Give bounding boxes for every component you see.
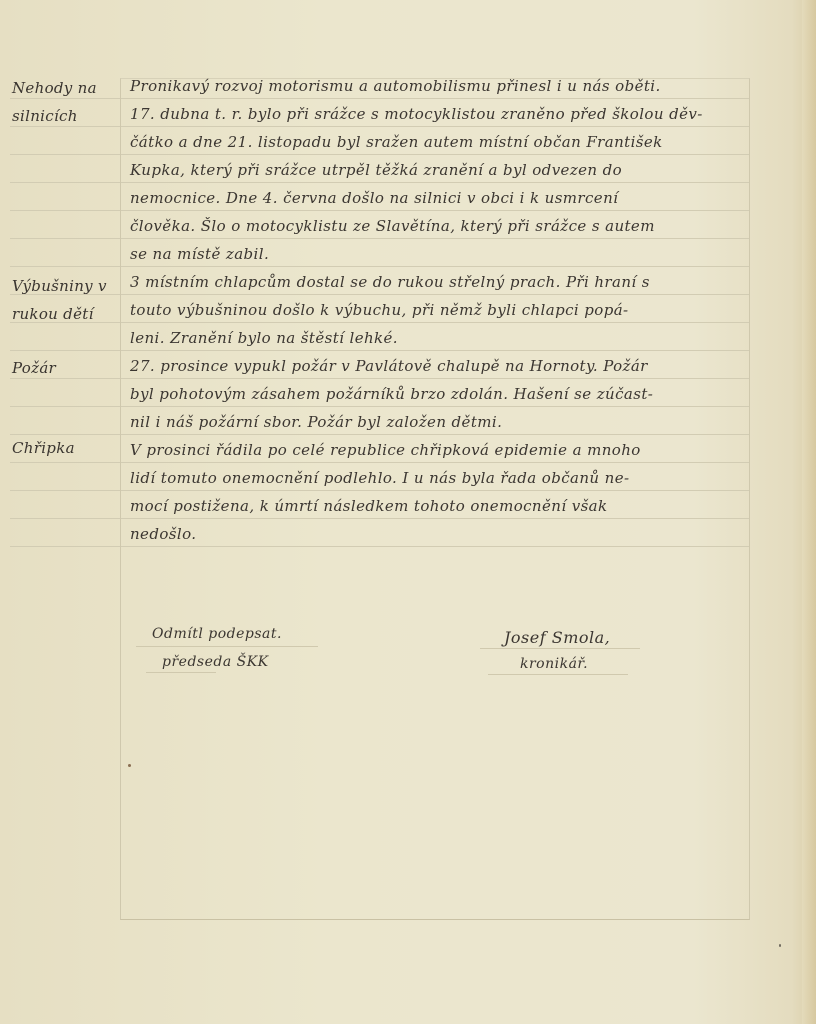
body-line: se na místě zabil. [130,244,750,264]
body-line: člověka. Šlo o motocyklistu ze Slavětína… [130,216,750,236]
margin-heading-accidents: Nehody na [12,78,124,98]
heading-line: Požár [12,358,124,378]
heading-line: silnicích [12,106,124,126]
body-line: nedošlo. [130,524,750,544]
body-line: 27. prosince vypukl požár v Pavlátově ch… [130,356,750,376]
body-line: Pronikavý rozvoj motorismu a automobilis… [130,76,750,96]
body-line: nil i náš požární sbor. Požár byl založe… [130,412,750,432]
signature-left-note: Odmítl podepsat. [152,626,282,642]
heading-line: rukou dětí [12,304,124,324]
body-line: Kupka, který při srážce utrpěl těžká zra… [130,160,750,180]
heading-line: Výbušniny v [12,276,124,296]
signature-right-name: Josef Smola, [504,628,610,647]
signature-right-title: kronikář. [520,656,588,672]
paper-speck [128,764,131,767]
heading-line: Chřipka [12,438,124,458]
body-line: čátko a dne 21. listopadu byl sražen aut… [130,132,750,152]
margin-heading-accidents-2: silnicích [12,106,124,126]
body-line: leni. Zranění bylo na štěstí lehké. [130,328,750,348]
body-line: touto výbušninou došlo k výbuchu, při ně… [130,300,750,320]
chronicle-page: Nehody na silnicích Pronikavý rozvoj mot… [0,0,816,1024]
signature-rule [488,674,628,675]
margin-heading-explosives-2: rukou dětí [12,304,124,324]
margin-heading-flu: Chřipka [12,438,124,458]
signature-rule [146,672,216,673]
margin-heading-fire: Požár [12,358,124,378]
body-line: byl pohotovým zásahem požárníků brzo zdo… [130,384,750,404]
body-line: lidí tomuto onemocnění podlehlo. I u nás… [130,468,750,488]
body-line: nemocnice. Dne 4. června došlo na silnic… [130,188,750,208]
signature-rule [136,646,318,647]
margin-heading-explosives: Výbušniny v [12,276,124,296]
heading-line: Nehody na [12,78,124,98]
body-line: V prosinci řádila po celé republice chři… [130,440,750,460]
body-line: mocí postižena, k úmrtí následkem tohoto… [130,496,750,516]
signature-left-title: předseda ŠKK [162,654,269,670]
body-line: 17. dubna t. r. bylo při srážce s motocy… [130,104,750,124]
paper-speck [779,944,781,947]
body-line: 3 místním chlapcům dostal se do rukou st… [130,272,750,292]
page-edge [802,0,816,1024]
signature-rule [480,648,640,649]
